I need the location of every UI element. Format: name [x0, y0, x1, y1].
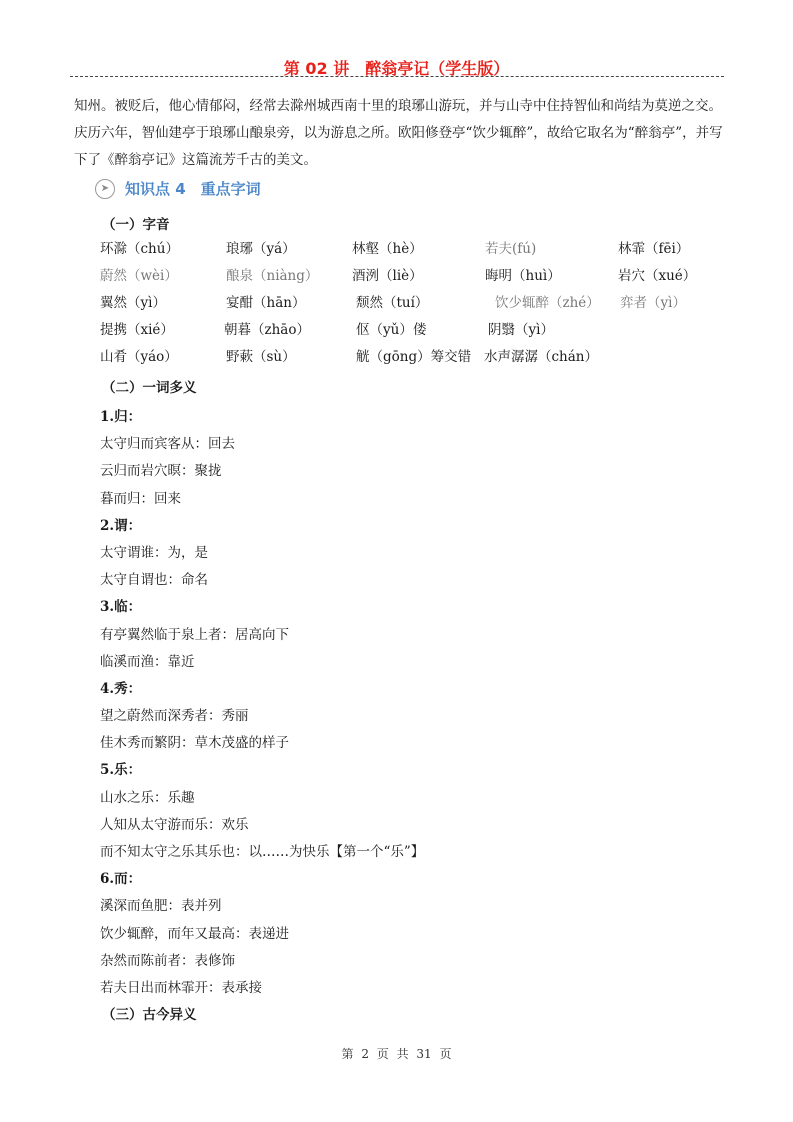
knowledge-point-label: 知识点 4 重点字词: [125, 178, 261, 199]
grid-cell: 提携（xié）: [100, 318, 174, 338]
polysemy-label: 4.秀：: [100, 676, 424, 703]
intro-paragraph: 知州。被贬后，他心情郁闷，经常去滁州城西南十里的琅琊山游玩，并与山寺中住持智仙和…: [74, 93, 724, 174]
grid-cell: 野蔌（sù）: [226, 345, 296, 365]
polysemy-label: 2.谓：: [100, 513, 424, 540]
grid-cell: 蔚然（wèi）: [100, 264, 178, 284]
polysemy-item: 饮少辄醉，而年又最高：表递进: [100, 921, 424, 948]
polysemy-label: 5.乐：: [100, 757, 424, 784]
polysemy-item: 望之蔚然而深秀者：秀丽: [100, 703, 424, 730]
polysemy-item: 山水之乐：乐趣: [100, 785, 424, 812]
polysemy-item: 有亭翼然临于泉上者：居高向下: [100, 622, 424, 649]
arrow-circle-icon: ➤: [95, 179, 115, 199]
polysemy-label: 1.归：: [100, 404, 424, 431]
grid-cell: 饮少辄醉（zhé）: [495, 291, 600, 311]
knowledge-point-heading: ➤ 知识点 4 重点字词: [95, 178, 261, 199]
section-polysemy-title: （二）一词多义: [102, 376, 197, 396]
grid-cell: 环滁（chú）: [100, 237, 179, 257]
polysemy-item: 太守归而宾客从：回去: [100, 431, 424, 458]
polysemy-item: 太守谓谁：为，是: [100, 540, 424, 567]
polysemy-item: 而不知太守之乐其乐也：以……为快乐【第一个“乐”】: [100, 839, 424, 866]
grid-cell: 水声潺潺（chán）: [484, 345, 598, 365]
polysemy-label: 6.而：: [100, 866, 424, 893]
grid-cell: 朝暮（zhāo）: [224, 318, 310, 338]
page-number: 第 2 页 共 31 页: [0, 1045, 793, 1062]
grid-cell: 颓然（tuí）: [356, 291, 428, 311]
grid-cell: 宴酣（hān）: [226, 291, 305, 311]
grid-cell: 觥（gōng）筹交错: [356, 345, 471, 365]
polysemy-item: 太守自谓也：命名: [100, 567, 424, 594]
grid-cell: 翼然（yì）: [100, 291, 166, 311]
polysemy-item: 杂然而陈前者：表修饰: [100, 948, 424, 975]
grid-cell: 岩穴（xué）: [618, 264, 696, 284]
grid-cell: 林壑（hè）: [352, 237, 423, 257]
polysemy-item: 溪深而鱼肥：表并列: [100, 893, 424, 920]
polysemy-item: 云归而岩穴暝：聚拢: [100, 458, 424, 485]
grid-cell: 林霏（fēi）: [618, 237, 689, 257]
polysemy-item: 佳木秀而繁阴：草木茂盛的样子: [100, 730, 424, 757]
polysemy-label: 3.临：: [100, 594, 424, 621]
grid-cell: 山肴（yáo）: [100, 345, 178, 365]
header-divider: [70, 76, 724, 77]
polysemy-item: 若夫日出而林霏开：表承接: [100, 975, 424, 1002]
section-pronunciation-title: （一）字音: [102, 213, 170, 233]
grid-cell: 琅琊（yá）: [226, 237, 296, 257]
grid-cell: 酒洌（liè）: [352, 264, 423, 284]
grid-cell: 阴翳（yì）: [488, 318, 554, 338]
grid-cell: 伛（yǔ）偻: [356, 318, 426, 338]
polysemy-item: 人知从太守游而乐：欢乐: [100, 812, 424, 839]
grid-cell: 晦明（huì）: [485, 264, 561, 284]
grid-cell: 弈者（yì）: [620, 291, 686, 311]
grid-cell: 若夫(fú): [485, 237, 536, 257]
polysemy-list: 1.归： 太守归而宾客从：回去 云归而岩穴暝：聚拢 暮而归：回来 2.谓： 太守…: [100, 404, 424, 1002]
polysemy-item: 临溪而渔：靠近: [100, 649, 424, 676]
section-ancient-modern-title: （三）古今异义: [102, 1003, 197, 1023]
grid-cell: 酿泉（niàng）: [226, 264, 318, 284]
polysemy-item: 暮而归：回来: [100, 486, 424, 513]
